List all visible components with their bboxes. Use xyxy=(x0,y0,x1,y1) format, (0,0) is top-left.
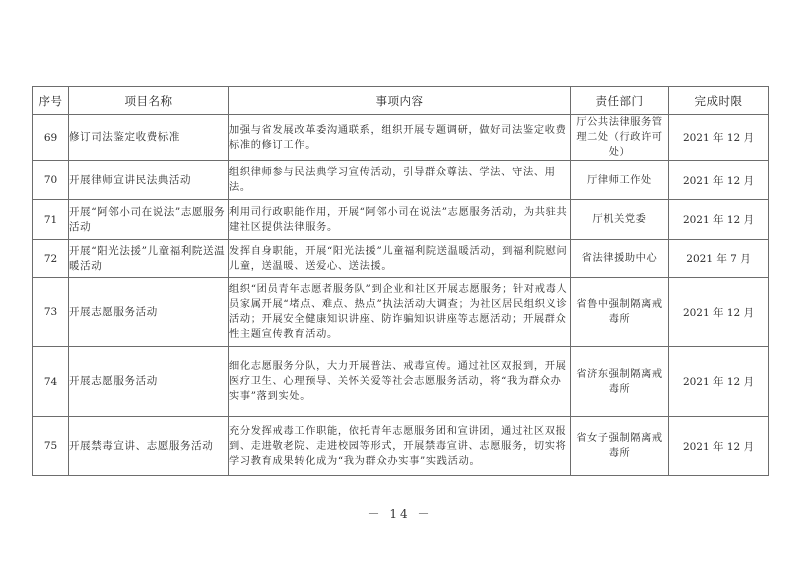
row-number: 72 xyxy=(33,240,69,278)
table-row: 75 开展禁毒宣讲、志愿服务活动 充分发挥戒毒工作职能，依托青年志愿服务团和宣讲… xyxy=(33,417,769,476)
header-name: 项目名称 xyxy=(69,87,229,115)
table-header-row: 序号 项目名称 事项内容 责任部门 完成时限 xyxy=(33,87,769,115)
project-name: 开展律师宣讲民法典活动 xyxy=(69,161,229,200)
page-number: － 14 － xyxy=(0,505,800,522)
item-content: 加强与省发展改革委沟通联系，组织开展专题调研，做好司法鉴定收费标准的修订工作。 xyxy=(229,115,571,161)
table-row: 69 修订司法鉴定收费标准 加强与省发展改革委沟通联系，组织开展专题调研，做好司… xyxy=(33,115,769,161)
item-content: 发挥自身职能，开展“阳光法援”儿童福利院送温暖活动，到福利院慰问儿童，送温暖、送… xyxy=(229,240,571,278)
project-name: 开展志愿服务活动 xyxy=(69,347,229,417)
header-deadline: 完成时限 xyxy=(669,87,769,115)
table-row: 74 开展志愿服务活动 细化志愿服务分队，大力开展普法、戒毒宣传。通过社区双报到… xyxy=(33,347,769,417)
deadline: 2021 年 7 月 xyxy=(669,240,769,278)
table-row: 71 开展“阿邻小司在说法”志愿服务活动 利用司行政职能作用，开展“阿邻小司在说… xyxy=(33,200,769,240)
item-content: 组织“团员青年志愿者服务队”到企业和社区开展志愿服务；针对戒毒人员家属开展“堵点… xyxy=(229,278,571,347)
row-number: 69 xyxy=(33,115,69,161)
row-number: 71 xyxy=(33,200,69,240)
project-name: 开展志愿服务活动 xyxy=(69,278,229,347)
item-content: 利用司行政职能作用，开展“阿邻小司在说法”志愿服务活动，为共驻共建社区提供法律服… xyxy=(229,200,571,240)
header-dept: 责任部门 xyxy=(571,87,669,115)
deadline: 2021 年 12 月 xyxy=(669,200,769,240)
table-row: 73 开展志愿服务活动 组织“团员青年志愿者服务队”到企业和社区开展志愿服务；针… xyxy=(33,278,769,347)
responsible-dept: 省济东强制隔离戒毒所 xyxy=(571,347,669,417)
deadline: 2021 年 12 月 xyxy=(669,161,769,200)
responsible-dept: 省鲁中强制隔离戒毒所 xyxy=(571,278,669,347)
responsible-dept: 省女子强制隔离戒毒所 xyxy=(571,417,669,476)
document-page: 序号 项目名称 事项内容 责任部门 完成时限 69 修订司法鉴定收费标准 加强与… xyxy=(0,0,800,565)
deadline: 2021 年 12 月 xyxy=(669,347,769,417)
responsible-dept: 厅公共法律服务管理二处（行政许可处） xyxy=(571,115,669,161)
responsible-dept: 厅机关党委 xyxy=(571,200,669,240)
responsible-dept: 省法律援助中心 xyxy=(571,240,669,278)
project-name: 开展禁毒宣讲、志愿服务活动 xyxy=(69,417,229,476)
row-number: 70 xyxy=(33,161,69,200)
row-number: 73 xyxy=(33,278,69,347)
item-content: 充分发挥戒毒工作职能，依托青年志愿服务团和宣讲团，通过社区双报到、走进敬老院、走… xyxy=(229,417,571,476)
responsible-dept: 厅律师工作处 xyxy=(571,161,669,200)
deadline: 2021 年 12 月 xyxy=(669,278,769,347)
deadline: 2021 年 12 月 xyxy=(669,417,769,476)
header-content: 事项内容 xyxy=(229,87,571,115)
project-name: 开展“阳光法援”儿童福利院送温暖活动 xyxy=(69,240,229,278)
table-row: 72 开展“阳光法援”儿童福利院送温暖活动 发挥自身职能，开展“阳光法援”儿童福… xyxy=(33,240,769,278)
item-content: 组织律师参与民法典学习宣传活动，引导群众尊法、学法、守法、用法。 xyxy=(229,161,571,200)
deadline: 2021 年 12 月 xyxy=(669,115,769,161)
work-items-table: 序号 项目名称 事项内容 责任部门 完成时限 69 修订司法鉴定收费标准 加强与… xyxy=(32,86,769,476)
row-number: 74 xyxy=(33,347,69,417)
item-content: 细化志愿服务分队，大力开展普法、戒毒宣传。通过社区双报到，开展医疗卫生、心理预导… xyxy=(229,347,571,417)
project-name: 开展“阿邻小司在说法”志愿服务活动 xyxy=(69,200,229,240)
row-number: 75 xyxy=(33,417,69,476)
project-name: 修订司法鉴定收费标准 xyxy=(69,115,229,161)
header-no: 序号 xyxy=(33,87,69,115)
table-row: 70 开展律师宣讲民法典活动 组织律师参与民法典学习宣传活动，引导群众尊法、学法… xyxy=(33,161,769,200)
